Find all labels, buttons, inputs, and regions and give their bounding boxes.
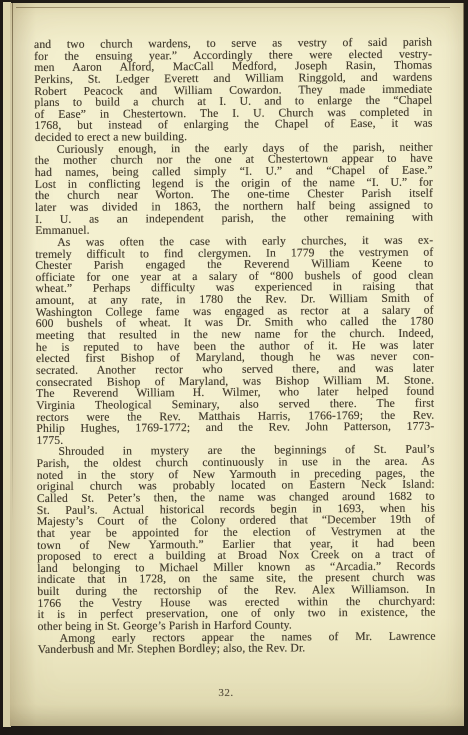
page-paper: and two church wardens, to serve as vest…	[10, 3, 464, 726]
paragraph: As was often the case with early churche…	[35, 234, 434, 446]
paragraph: and two church wardens, to serve as vest…	[34, 37, 433, 144]
text-line: I. U. as an independent parish, the othe…	[35, 211, 433, 225]
page-top-edge-line	[16, 7, 450, 8]
text-line: Vanderbush and Mr. Stephen Bordley; also…	[38, 642, 436, 656]
text-block: and two church wardens, to serve as vest…	[34, 37, 436, 656]
paragraph: Among early rectors appear the names of …	[38, 630, 436, 656]
paragraph: Curiously enough, in the early days of t…	[35, 141, 434, 237]
paragraph: Shrouded in mystery are the beginnings o…	[36, 444, 435, 633]
page-right-edge-line	[463, 3, 464, 596]
text-line: Philip Hughes, 1769-1772; and the Rev. J…	[36, 421, 434, 435]
book-page-scan: and two church wardens, to serve as vest…	[0, 0, 468, 735]
page-number: 32.	[10, 687, 442, 699]
spine-shadow-line	[12, 3, 13, 524]
